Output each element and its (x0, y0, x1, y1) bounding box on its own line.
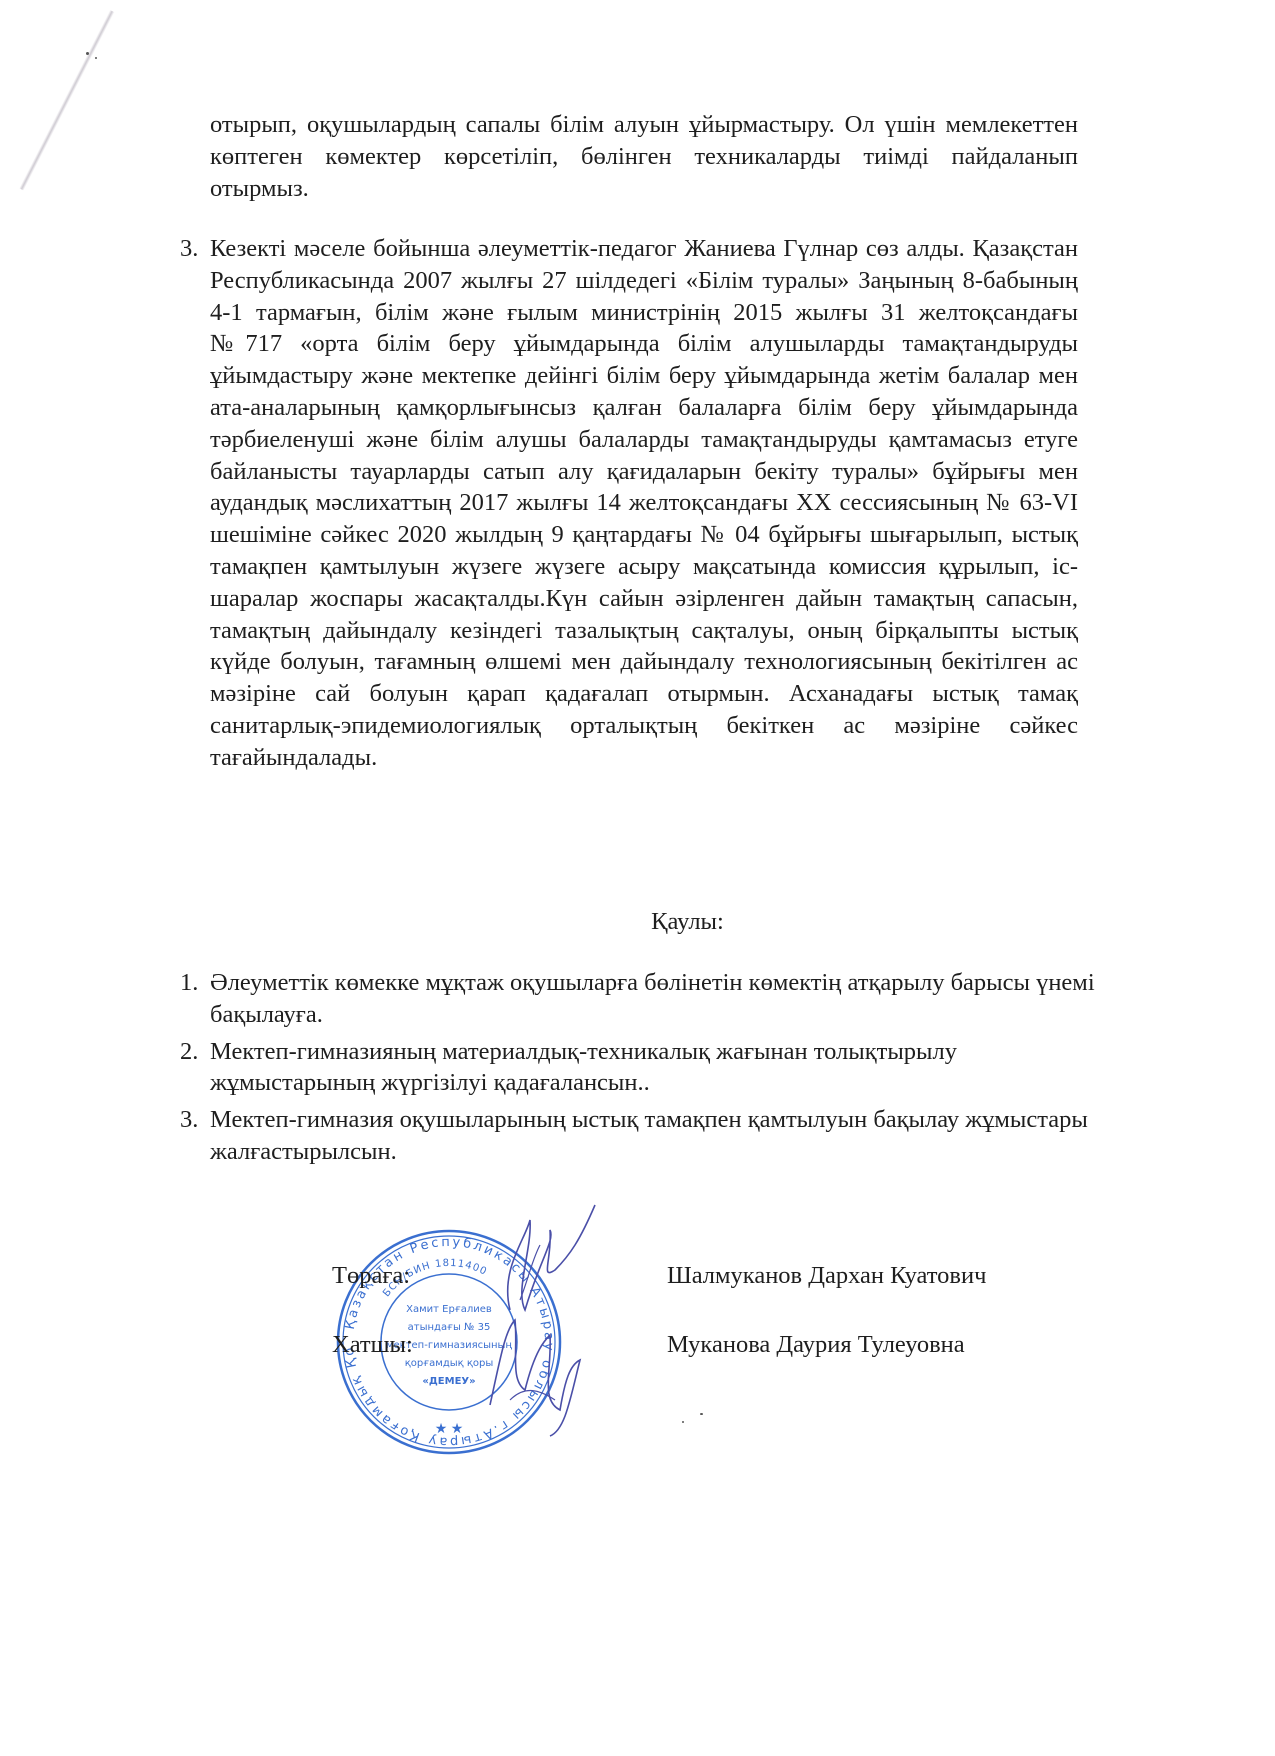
item-text: Әлеуметтік көмекке мұқтаж оқушыларға бөл… (210, 969, 1095, 1028)
scan-speck (86, 52, 89, 55)
scan-speck (682, 1421, 684, 1423)
secretary-name: Муканова Даурия Тулеуовна (667, 1331, 965, 1359)
scan-speck (700, 1413, 703, 1415)
item-number: 1. (180, 967, 198, 999)
item-text: Мектеп-гимназияның материалдық-техникалы… (210, 1038, 957, 1097)
svg-text:★ ★: ★ ★ (435, 1422, 464, 1437)
stamp-line: «ДЕМЕУ» (422, 1376, 475, 1387)
resolution-item: 2. Мектеп-гимназияның материалдық-техник… (180, 1036, 1100, 1100)
handwritten-signature-icon (470, 1200, 630, 1440)
item-text: Кезекті мәселе бойынша әлеуметтік-педаго… (210, 233, 1078, 774)
chairman-name: Шалмуканов Дархан Куатович (667, 1262, 986, 1290)
resolution-item: 3. Мектеп-гимназия оқушыларының ыстық та… (180, 1104, 1100, 1168)
item-number: 3. (180, 233, 198, 265)
resolution-heading: Қаулы: (0, 908, 1275, 936)
item-number: 2. (180, 1036, 198, 1068)
secretary-label: Хатшы: (332, 1331, 413, 1359)
agenda-item-3: 3. Кезекті мәселе бойынша әлеуметтік-пед… (180, 233, 1078, 774)
scan-speck (95, 57, 97, 59)
chairman-label: Төраға: (332, 1262, 410, 1290)
resolution-list: 1. Әлеуметтік көмекке мұқтаж оқушыларға … (180, 967, 1100, 1173)
paragraph-text: отырып, оқушылардың сапалы білім алуын ұ… (210, 109, 1078, 204)
continuation-paragraph: отырып, оқушылардың сапалы білім алуын ұ… (210, 109, 1078, 204)
resolution-item: 1. Әлеуметтік көмекке мұқтаж оқушыларға … (180, 967, 1100, 1031)
scan-artifact-line (19, 10, 114, 190)
item-number: 3. (180, 1104, 198, 1136)
item-text: Мектеп-гимназия оқушыларының ыстық тамақ… (210, 1106, 1088, 1165)
